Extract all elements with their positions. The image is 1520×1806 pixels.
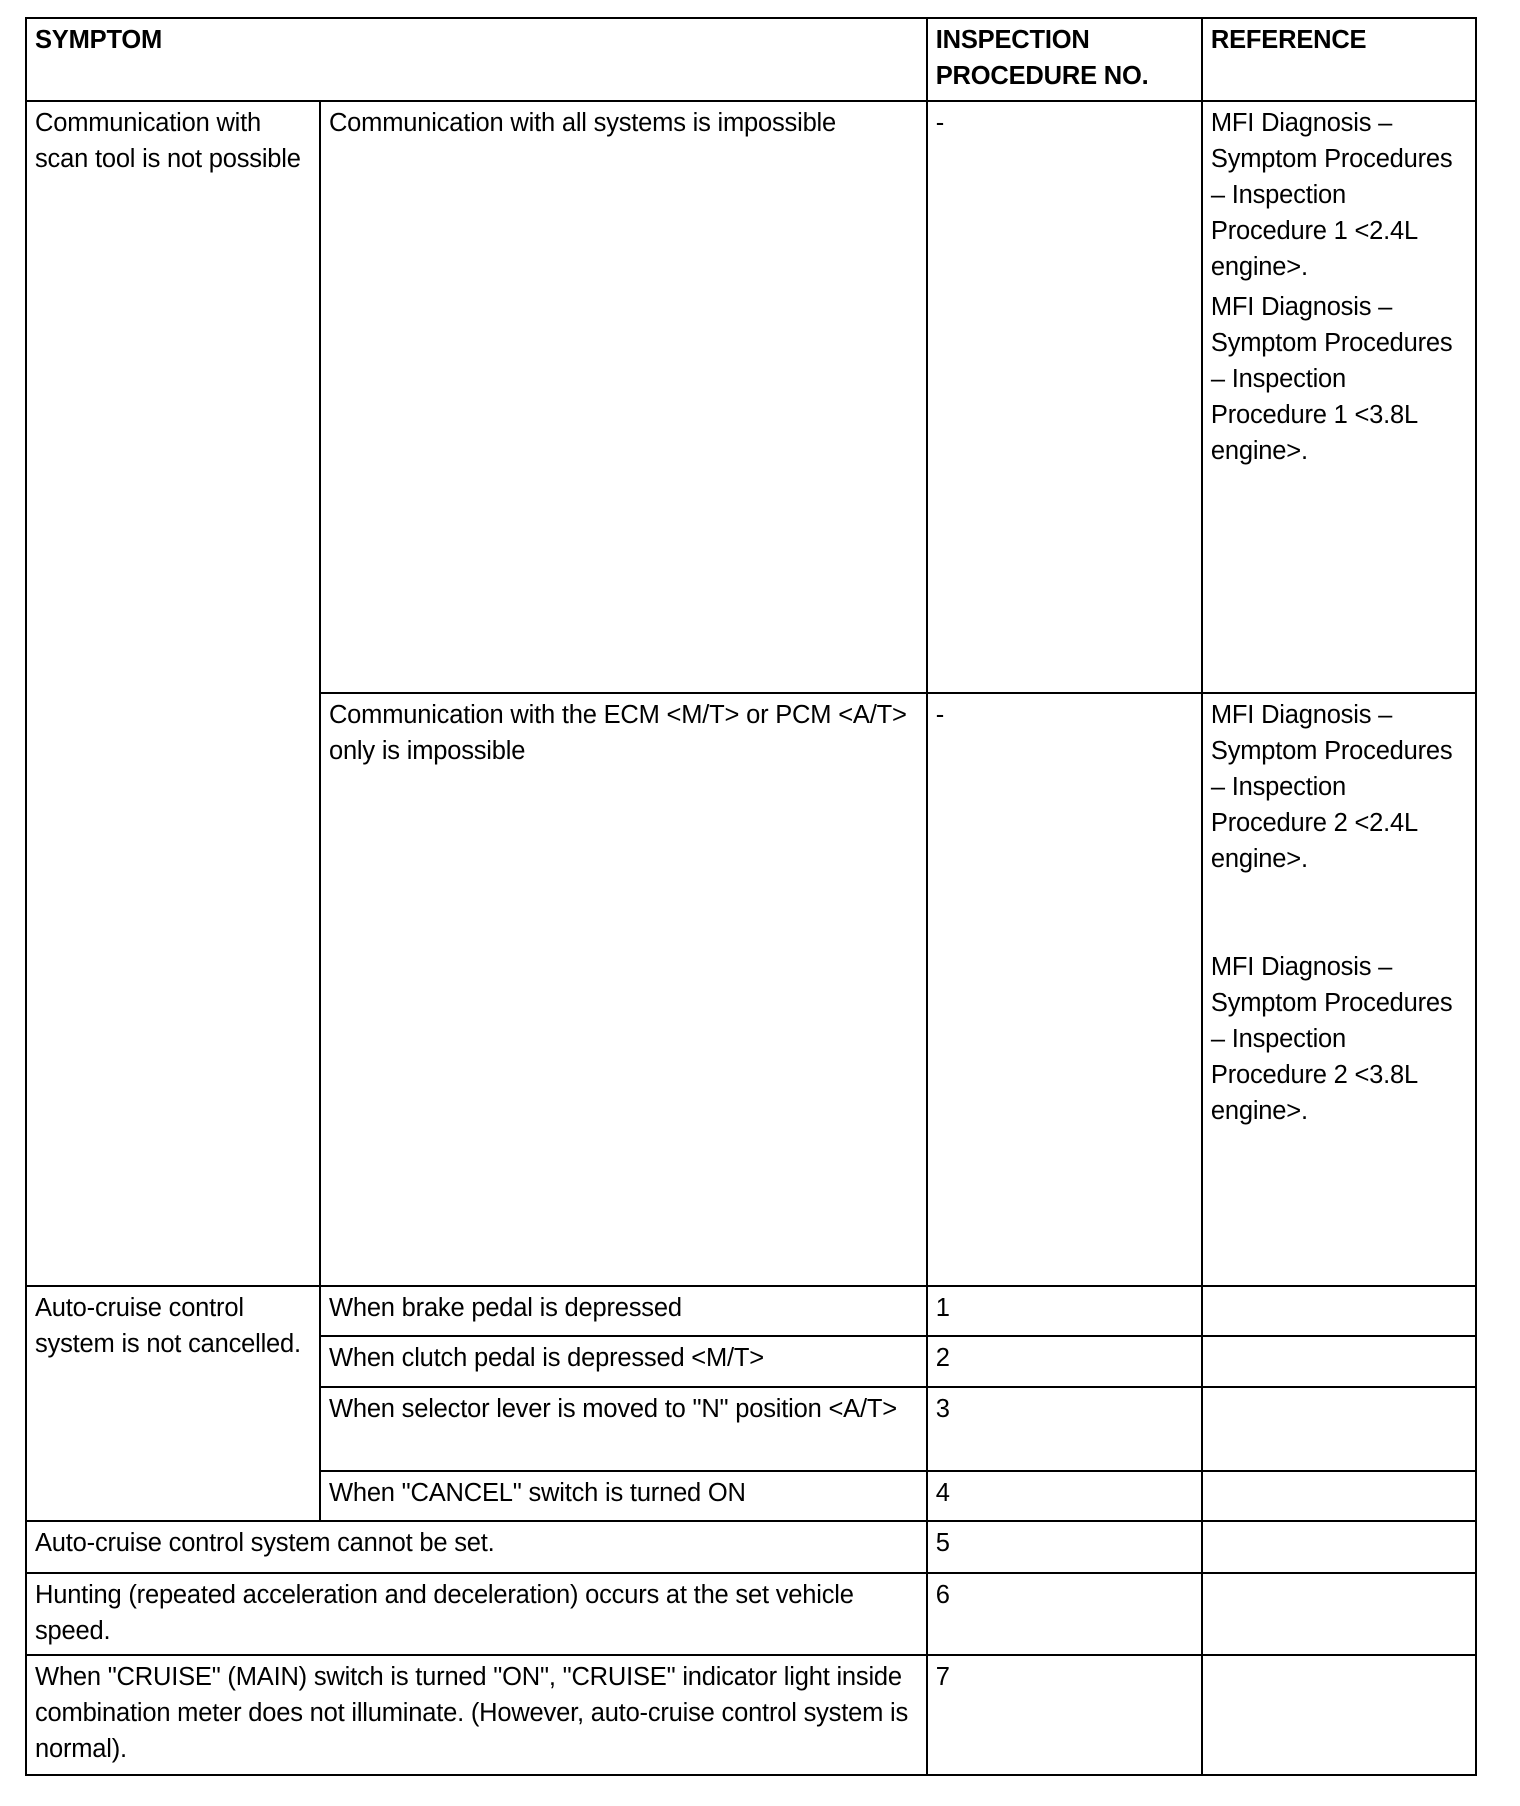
- reference-cell: [1202, 1336, 1476, 1387]
- condition-cell: When selector lever is moved to "N" posi…: [320, 1387, 927, 1471]
- procedure-no-cell: 5: [927, 1521, 1202, 1573]
- condition-cell: When brake pedal is depressed: [320, 1286, 927, 1336]
- reference-cell: MFI Diagnosis – Symptom Procedures – Ins…: [1202, 693, 1476, 1286]
- reference-link[interactable]: MFI Diagnosis – Symptom Procedures – Ins…: [1211, 949, 1467, 1129]
- reference-cell: [1202, 1521, 1476, 1573]
- reference-cell: [1202, 1655, 1476, 1775]
- table-row: Auto-cruise control system cannot be set…: [26, 1521, 1476, 1573]
- procedure-no-cell: 6: [927, 1573, 1202, 1655]
- procedure-no-cell: 4: [927, 1471, 1202, 1521]
- procedure-no-cell: 2: [927, 1336, 1202, 1387]
- condition-cell: When clutch pedal is depressed <M/T>: [320, 1336, 927, 1387]
- header-row: SYMPTOM INSPECTION PROCEDURE NO. REFEREN…: [26, 18, 1476, 101]
- table-row: Hunting (repeated acceleration and decel…: [26, 1573, 1476, 1655]
- symptom-chart-table: SYMPTOM INSPECTION PROCEDURE NO. REFEREN…: [25, 17, 1477, 1776]
- reference-cell: [1202, 1573, 1476, 1655]
- spacer: [1211, 877, 1467, 949]
- table-row: Communication with scan tool is not poss…: [26, 101, 1476, 693]
- header-reference: REFERENCE: [1202, 18, 1476, 101]
- reference-link[interactable]: MFI Diagnosis – Symptom Procedures – Ins…: [1211, 105, 1467, 285]
- symptom-cell: Hunting (repeated acceleration and decel…: [26, 1573, 927, 1655]
- symptom-cell: When "CRUISE" (MAIN) switch is turned "O…: [26, 1655, 927, 1775]
- reference-cell: [1202, 1471, 1476, 1521]
- condition-cell: When "CANCEL" switch is turned ON: [320, 1471, 927, 1521]
- header-symptom: SYMPTOM: [26, 18, 927, 101]
- table-row: When "CRUISE" (MAIN) switch is turned "O…: [26, 1655, 1476, 1775]
- symptom-cell: Auto-cruise control system is not cancel…: [26, 1286, 320, 1521]
- condition-cell: Communication with the ECM <M/T> or PCM …: [320, 693, 927, 1286]
- procedure-no-cell: 1: [927, 1286, 1202, 1336]
- procedure-no-cell: -: [927, 101, 1202, 693]
- procedure-no-cell: -: [927, 693, 1202, 1286]
- table-row: Auto-cruise control system is not cancel…: [26, 1286, 1476, 1336]
- header-procedure-no: INSPECTION PROCEDURE NO.: [927, 18, 1202, 101]
- symptom-cell: Communication with scan tool is not poss…: [26, 101, 320, 1286]
- condition-cell: Communication with all systems is imposs…: [320, 101, 927, 693]
- reference-link[interactable]: MFI Diagnosis – Symptom Procedures – Ins…: [1211, 697, 1467, 877]
- symptom-cell: Auto-cruise control system cannot be set…: [26, 1521, 927, 1573]
- reference-cell: [1202, 1387, 1476, 1471]
- reference-link[interactable]: MFI Diagnosis – Symptom Procedures – Ins…: [1211, 289, 1467, 469]
- procedure-no-cell: 7: [927, 1655, 1202, 1775]
- reference-cell: [1202, 1286, 1476, 1336]
- reference-cell: MFI Diagnosis – Symptom Procedures – Ins…: [1202, 101, 1476, 693]
- procedure-no-cell: 3: [927, 1387, 1202, 1471]
